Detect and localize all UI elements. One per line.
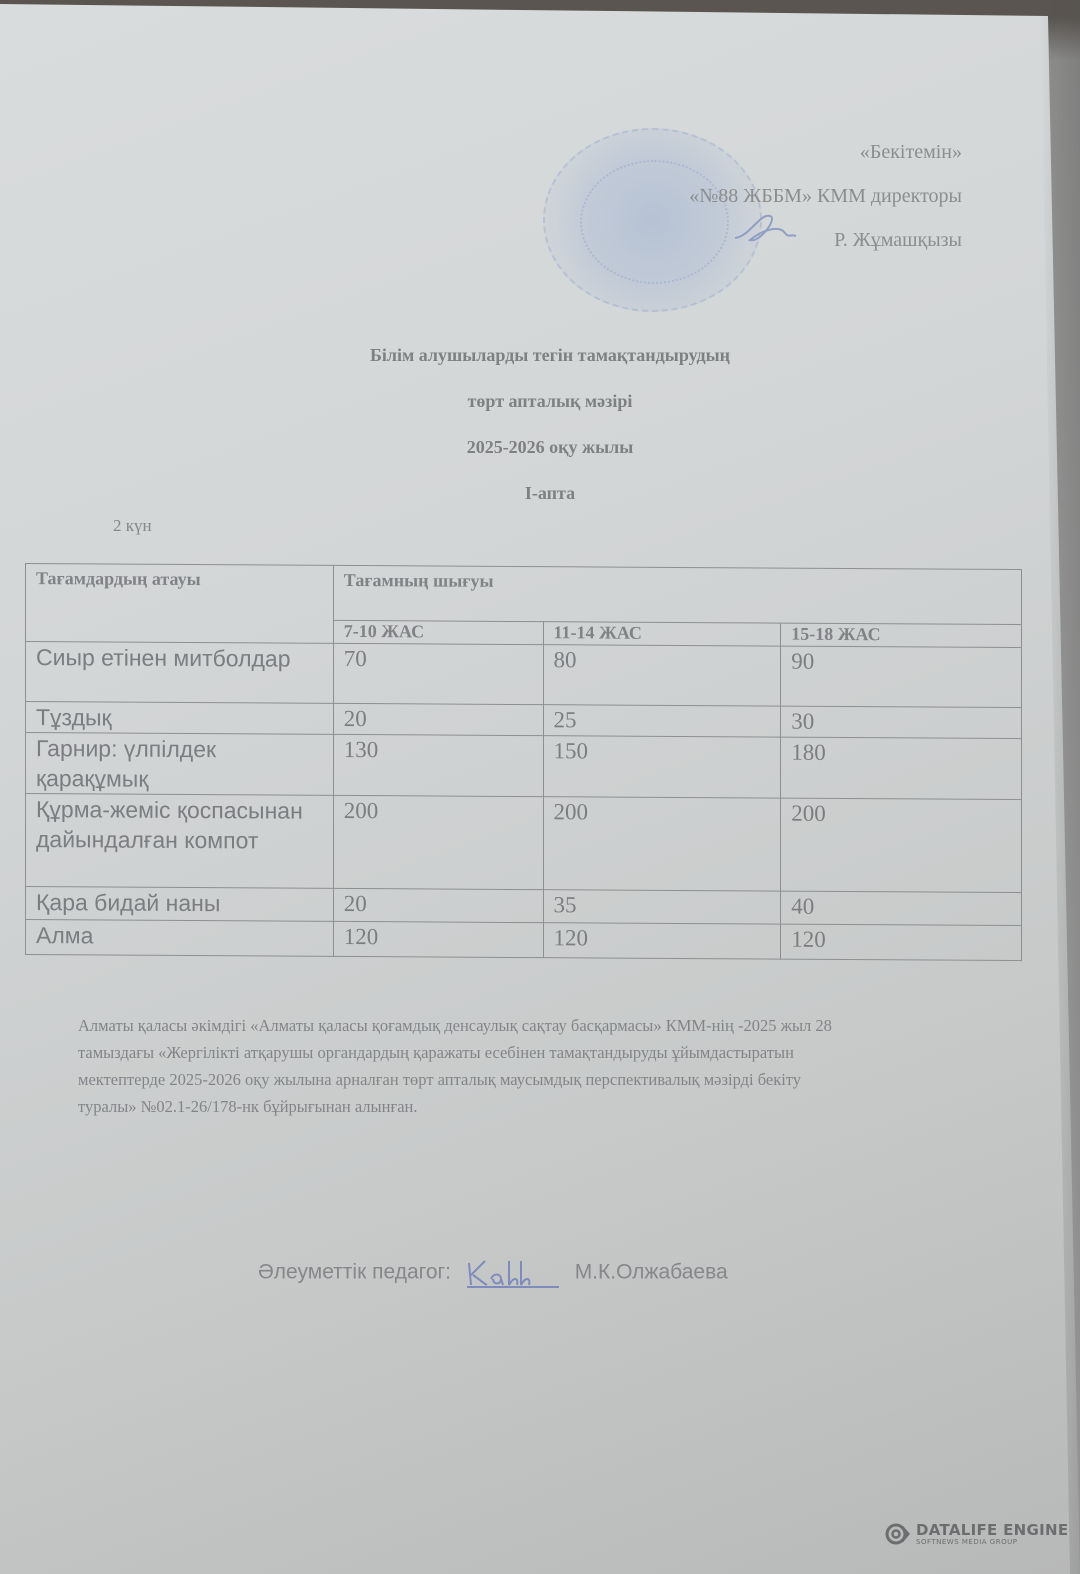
menu-table: Тағамдардың атауы Тағамның шығуы 7-10 ЖА… (25, 563, 1022, 961)
title-line-2: төрт апталық мәзірі (0, 386, 1080, 432)
value-7-10: 20 (333, 888, 543, 922)
value-15-18: 200 (781, 798, 1022, 892)
value-15-18: 90 (781, 646, 1022, 707)
watermark-title: DATALIFE ENGINE (916, 1522, 1068, 1538)
watermark-subtitle: SOFTNEWS MEDIA GROUP (916, 1538, 1068, 1546)
pedagogue-signature-icon (463, 1255, 563, 1291)
header-age-11-14: 11-14 ЖАС (543, 622, 781, 646)
value-7-10: 130 (333, 734, 543, 796)
datalife-engine-logo-icon (884, 1523, 910, 1545)
signer-role: Әлеуметтік педагог: (258, 1261, 451, 1284)
title-week: І-апта (0, 478, 1080, 524)
value-15-18: 30 (781, 706, 1022, 738)
value-11-14: 35 (543, 890, 781, 924)
watermark-logo: DATALIFE ENGINE SOFTNEWS MEDIA GROUP (884, 1522, 1068, 1546)
value-15-18: 180 (781, 737, 1022, 799)
value-7-10: 200 (333, 795, 543, 889)
note-line-2: тамыздағы «Жергілікті атқарушы органдард… (78, 1039, 1028, 1066)
note-line-4: туралы» №02.1-26/178-нк бұйрығынан алынғ… (78, 1093, 1028, 1120)
value-7-10: 70 (333, 643, 543, 704)
approval-heading: «Бекітемін» (689, 130, 962, 174)
header-food-name: Тағамдардың атауы (26, 564, 334, 644)
value-7-10: 20 (333, 703, 543, 735)
food-name: Құрма-жеміс қоспасынан дайындалған компо… (26, 794, 334, 889)
food-name: Қара бидай наны (26, 887, 334, 922)
food-name: Сиыр етінен митболдар (26, 642, 334, 704)
signer-name: М.К.Олжабаева (575, 1261, 728, 1284)
table-row: Гарнир: үлпілдек қарақұмық 130 150 180 (26, 733, 1022, 800)
value-7-10: 120 (333, 921, 543, 957)
value-15-18: 40 (781, 891, 1022, 925)
signature-line: Әлеуметтік педагог: М.К.Олжабаева (258, 1255, 728, 1291)
day-label: 2 күн (113, 516, 152, 536)
header-output: Тағамның шығуы (333, 565, 1021, 624)
food-name: Алма (26, 920, 334, 957)
title-year: 2025-2026 оқу жылы (0, 432, 1080, 478)
food-name: Тұздық (26, 702, 334, 735)
table-row: Құрма-жеміс қоспасынан дайындалған компо… (26, 794, 1022, 893)
title-line-1: Білім алушыларды тегін тамақтандырудың (0, 340, 1080, 386)
value-11-14: 120 (543, 923, 781, 959)
value-11-14: 25 (543, 705, 781, 737)
table-row: Сиыр етінен митболдар 70 80 90 (26, 642, 1022, 708)
value-11-14: 200 (543, 797, 781, 891)
document-title: Білім алушыларды тегін тамақтандырудың т… (0, 340, 1080, 524)
value-11-14: 80 (543, 645, 781, 706)
note-line-3: мектептерде 2025-2026 оқу жылына арналға… (78, 1066, 1028, 1093)
header-age-7-10: 7-10 ЖАС (333, 620, 543, 644)
source-note: Алматы қаласы әкімдігі «Алматы қаласы қо… (78, 1012, 1028, 1120)
value-11-14: 150 (543, 736, 781, 798)
table-row: Алма 120 120 120 (26, 920, 1022, 961)
note-line-1: Алматы қаласы әкімдігі «Алматы қаласы қо… (78, 1012, 1028, 1039)
director-signature-icon (730, 208, 800, 248)
header-age-15-18: 15-18 ЖАС (781, 623, 1022, 647)
food-name: Гарнир: үлпілдек қарақұмық (26, 733, 334, 796)
value-15-18: 120 (781, 924, 1022, 960)
